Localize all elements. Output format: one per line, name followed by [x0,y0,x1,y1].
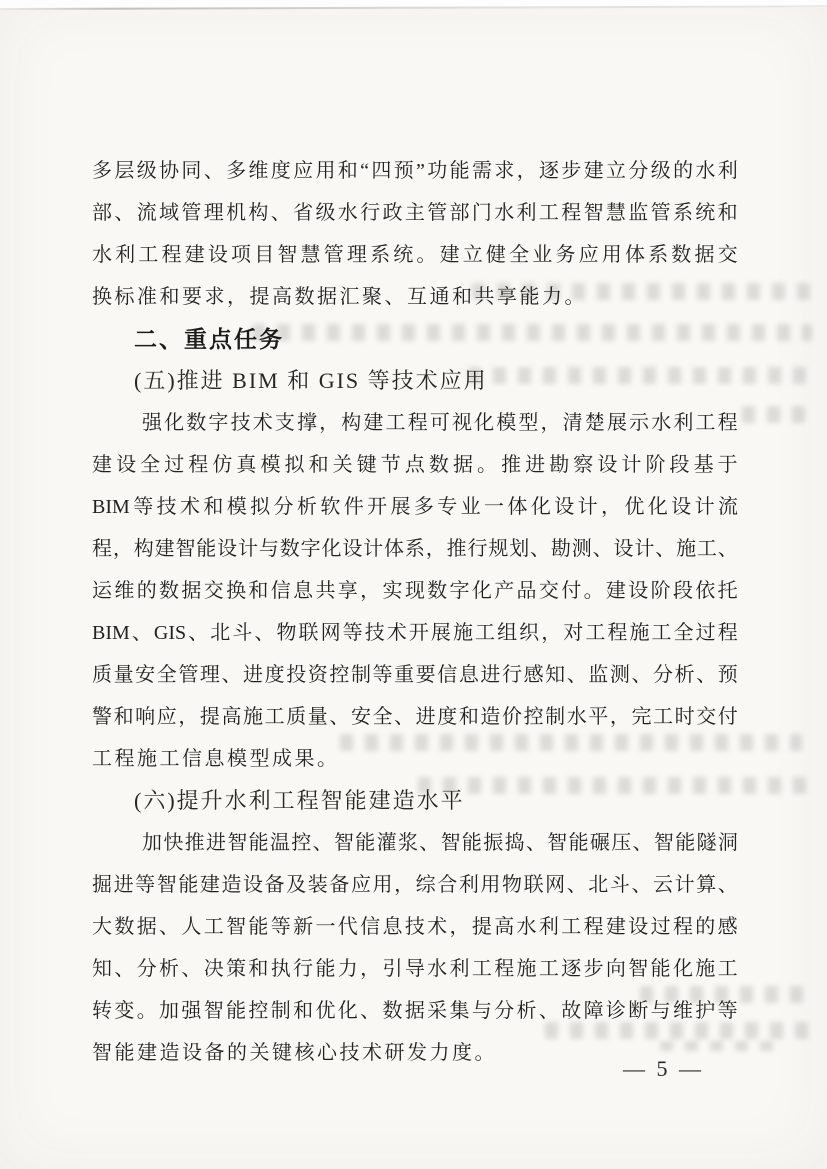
text-line: 警和响应，提高施工质量、安全、进度和造价控制水平，完工时交付 [92,696,738,738]
subsection-heading-5: (五)推进 BIM 和 GIS 等技术应用 [92,360,738,402]
text-line: 水利工程建设项目智慧管理系统。建立健全业务应用体系数据交 [92,234,738,276]
text-line: 强化数字技术支撑，构建工程可视化模型，清楚展示水利工程 [142,402,738,444]
page-number: — 5 — [92,1048,738,1090]
text-line: 换标准和要求，提高数据汇聚、互通和共享能力。 [92,276,738,318]
bleedthrough-artifact [742,406,814,423]
text-line: 知、分析、决策和执行能力，引导水利工程施工逐步向智能化施工 [92,948,738,990]
text-line: 工程施工信息模型成果。 [92,738,738,780]
text-line: 大数据、人工智能等新一代信息技术，提高水利工程建设过程的感 [92,906,738,948]
paragraph-subsection-5: 强化数字技术支撑，构建工程可视化模型，清楚展示水利工程 建设全过程仿真模拟和关键… [92,402,738,780]
text-line: 建设全过程仿真模拟和关键节点数据。推进勘察设计阶段基于 [92,444,738,486]
body-text: 多层级协同、多维度应用和“四预”功能需求，逐步建立分级的水利 部、流域管理机构、… [92,150,738,1074]
paragraph-subsection-6: 加快推进智能温控、智能灌浆、智能振捣、智能碾压、智能隧洞 掘进等智能建造设备及装… [92,822,738,1074]
text-line: 多层级协同、多维度应用和“四预”功能需求，逐步建立分级的水利 [92,150,738,192]
text-line: BIM、GIS、北斗、物联网等技术开展施工组织，对工程施工全过程 [92,612,738,654]
paragraph-continuation: 多层级协同、多维度应用和“四预”功能需求，逐步建立分级的水利 部、流域管理机构、… [92,150,738,318]
text-line: 部、流域管理机构、省级水行政主管部门水利工程智慧监管系统和 [92,192,738,234]
section-heading: 二、重点任务 [92,318,738,360]
subsection-heading-6: (六)提升水利工程智能建造水平 [92,780,738,822]
document-page: 多层级协同、多维度应用和“四预”功能需求，逐步建立分级的水利 部、流域管理机构、… [0,0,827,1169]
text-line: 转变。加强智能控制和优化、数据采集与分析、故障诊断与维护等 [92,990,738,1032]
text-line: 运维的数据交换和信息共享，实现数字化产品交付。建设阶段依托 [92,570,738,612]
text-line: 掘进等智能建造设备及装备应用，综合利用物联网、北斗、云计算、 [92,864,738,906]
text-line: BIM等技术和模拟分析软件开展多专业一体化设计，优化设计流 [92,486,738,528]
text-line: 程，构建智能设计与数字化设计体系，推行规划、勘测、设计、施工、 [92,528,738,570]
text-line: 加快推进智能温控、智能灌浆、智能振捣、智能碾压、智能隧洞 [142,822,738,864]
text-line: 质量安全管理、进度投资控制等重要信息进行感知、监测、分析、预 [92,654,738,696]
